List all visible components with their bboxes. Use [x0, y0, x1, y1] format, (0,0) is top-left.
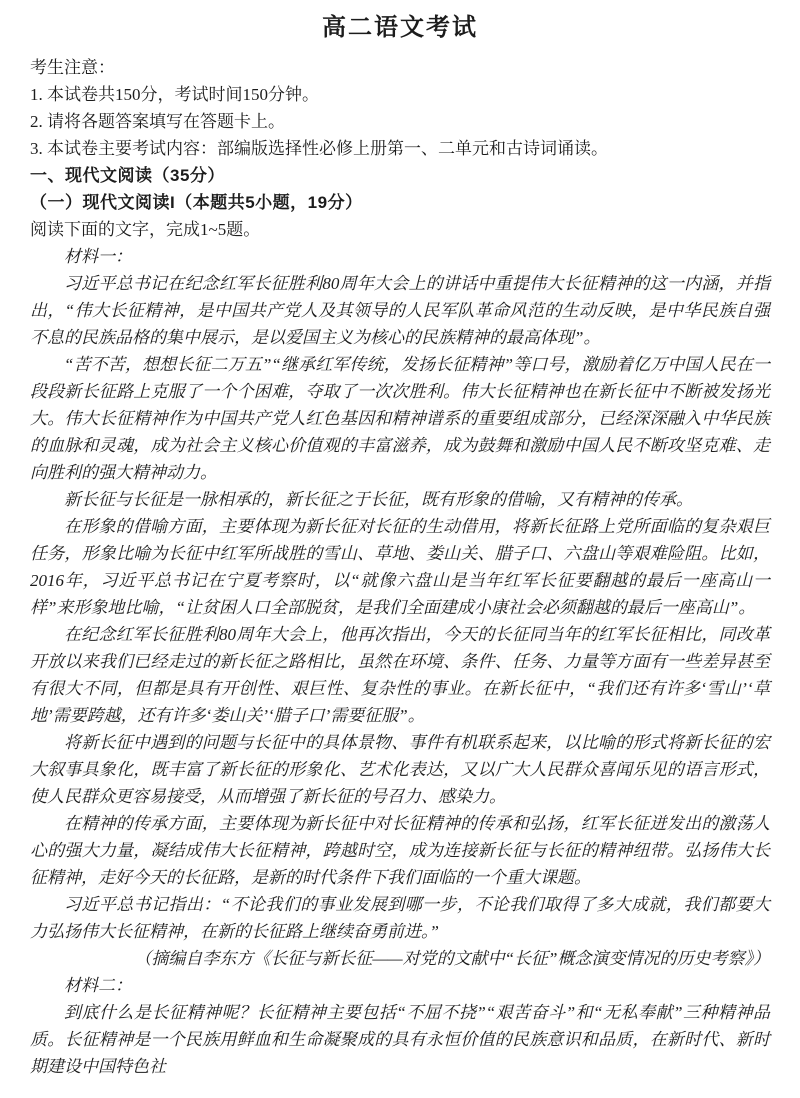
material-1-attribution: （摘编自李东方《长征与新长征——对党的文献中“长征”概念演变情况的历史考察》） — [30, 945, 770, 972]
notice-item-2: 2. 请将各题答案填写在答题卡上。 — [30, 108, 770, 135]
material-1-paragraph: 习近平总书记指出：“不论我们的事业发展到哪一步，不论我们取得了多大成就，我们都要… — [30, 891, 770, 945]
material-1-paragraph: 新长征与长征是一脉相承的，新长征之于长征，既有形象的借喻，又有精神的传承。 — [30, 486, 770, 513]
material-1-label: 材料一： — [30, 243, 770, 270]
material-1-paragraph: 将新长征中遇到的问题与长征中的具体景物、事件有机联系起来，以比喻的形式将新长征的… — [30, 729, 770, 810]
section-1-heading: 一、现代文阅读（35分） — [30, 162, 770, 189]
material-1-paragraph: 在形象的借喻方面，主要体现为新长征对长征的生动借用，将新长征路上党所面临的复杂艰… — [30, 513, 770, 621]
reading-instruction: 阅读下面的文字，完成1~5题。 — [30, 216, 770, 243]
material-1-paragraph: “苦不苦，想想长征二万五”“继承红军传统，发扬长征精神”等口号，激励着亿万中国人… — [30, 351, 770, 486]
notice-item-1: 1. 本试卷共150分，考试时间150分钟。 — [30, 81, 770, 108]
material-1-paragraph: 在纪念红军长征胜利80周年大会上，他再次指出，今天的长征同当年的红军长征相比，同… — [30, 621, 770, 729]
material-2-label: 材料二： — [30, 972, 770, 999]
notice-label: 考生注意： — [30, 54, 770, 81]
material-2-paragraph: 到底什么是长征精神呢？长征精神主要包括“不屈不挠”“艰苦奋斗”和“无私奉献”三种… — [30, 999, 770, 1080]
notice-item-3: 3. 本试卷主要考试内容：部编版选择性必修上册第一、二单元和古诗词诵读。 — [30, 135, 770, 162]
material-1-paragraph: 在精神的传承方面，主要体现为新长征中对长征精神的传承和弘扬，红军长征迸发出的激荡… — [30, 810, 770, 891]
section-1-subheading: （一）现代文阅读I（本题共5小题，19分） — [30, 189, 770, 216]
material-1-paragraph: 习近平总书记在纪念红军长征胜利80周年大会上的讲话中重提伟大长征精神的这一内涵，… — [30, 270, 770, 351]
exam-page: 高二语文考试 考生注意： 1. 本试卷共150分，考试时间150分钟。 2. 请… — [0, 0, 800, 1098]
exam-title: 高二语文考试 — [30, 12, 770, 44]
